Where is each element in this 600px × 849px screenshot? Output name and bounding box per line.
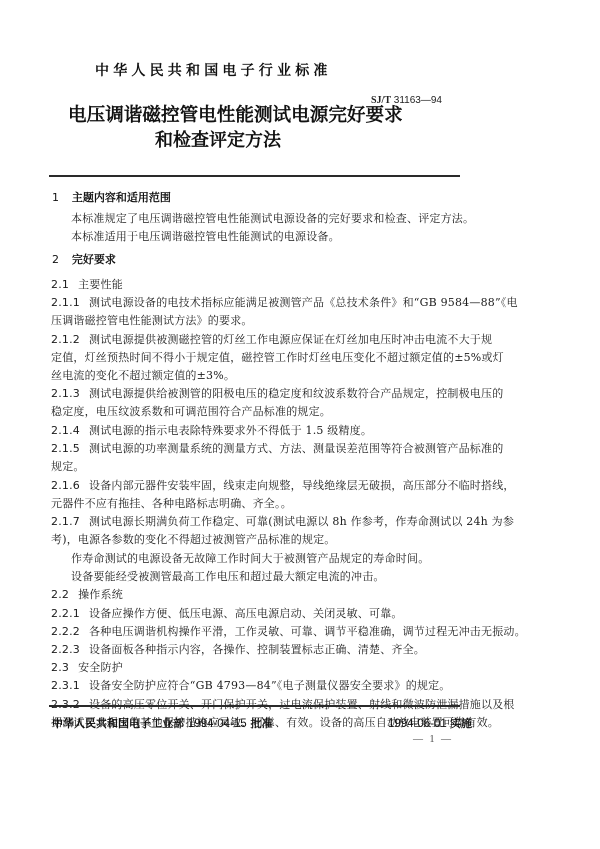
section-1-heading: 1 主题内容和适用范围 — [52, 189, 171, 205]
clause-2-2-2: 2.2.2各种电压调谐机构操作平滑，工作灵敏、可靠、调节平稳准确，调节过程无冲击… — [51, 623, 526, 639]
clause-2-1-2-cont-1: 定值，灯丝预热时间不得小于规定值，磁控管工作时灯丝电压变化不超过额定值的±5%或… — [51, 349, 504, 365]
issuing-body-header: 中华人民共和国电子行业标准 — [95, 60, 332, 80]
page-number: — 1 — — [413, 734, 453, 745]
document-title-line1: 电压调谐磁控管电性能测试电源完好要求 — [68, 101, 403, 127]
implementation-date: 1994-06-01 — [388, 718, 447, 730]
clause-2-1-3-cont: 稳定度，电压纹波系数和可调范围符合产品标准的规定。 — [51, 403, 331, 419]
clause-2-1-7-cont: 考)，电源各参数的变化不得超过被测管产品标准的规定。 — [51, 531, 336, 547]
clause-2-1-1-cont: 压调谐磁控管电性能测试方法》的要求。 — [51, 312, 253, 328]
clause-2-2-3: 2.2.3设备面板各种指示内容，各操作、控制装置标志正确、清楚、齐全。 — [51, 641, 425, 657]
clause-2-1-5-cont: 规定。 — [51, 458, 85, 474]
clause-2-1-6: 2.1.6设备内部元器件安装牢固，线束走向规整，导线绝缘层无破损，高压部分不临时… — [51, 477, 515, 493]
subsection-2-2-heading: 2.2操作系统 — [51, 586, 123, 602]
clause-2-1-2-cont-2: 丝电流的变化不超过额定值的±3%。 — [51, 367, 235, 383]
clause-2-3-1: 2.3.1设备安全防护应符合“GB 4793—84”《电子测量仪器安全要求》的规… — [51, 677, 451, 693]
subsection-2-3-heading: 2.3安全防护 — [51, 659, 123, 675]
section-2-title: 完好要求 — [72, 253, 116, 266]
clause-2-1-5: 2.1.5测试电源的功率测量系统的测量方式、方法、测量误差范围等符合被测管产品标… — [51, 440, 503, 456]
approval-label: 批准 — [251, 717, 273, 730]
clause-2-3-2: 2.3.2设备的高压零位开关、开门保护开关，过电流保护装置、射线和微波防泄漏措施… — [51, 696, 515, 712]
clause-2-1-7: 2.1.7测试电源长期满负荷工作稳定、可靠(测试电源以 8h 作参考，作寿命测试… — [51, 513, 514, 529]
clause-2-1-7-paragraph-2: 设备要能经受被测管最高工作电压和超过最大额定电流的冲击。 — [71, 568, 385, 584]
implementation-label: 实施 — [450, 717, 472, 730]
clause-2-1-2: 2.1.2测试电源提供被测磁控管的灯丝工作电源应保证在灯丝加电压时冲击电流不大于… — [51, 331, 492, 347]
approval-line: 中华人民共和国电子工业部 1994-04-15 批准 — [52, 715, 273, 731]
section-1-title: 主题内容和适用范围 — [72, 191, 171, 204]
approval-date: 1994-04-15 — [188, 718, 247, 730]
document-title-line2: 和检查评定方法 — [155, 126, 281, 152]
clause-2-1-1: 2.1.1测试电源设备的电技术指标应能满足被测管产品《总技术条件》和“GB 95… — [51, 294, 518, 310]
section-1-paragraph-1: 本标准规定了电压调谐磁控管电性能测试电源设备的完好要求和检查、评定方法。 — [71, 210, 474, 226]
clause-2-1-4: 2.1.4测试电源的指示电表除特殊要求外不得低于 1.5 级精度。 — [51, 422, 372, 438]
clause-2-1-6-cont: 元器件不应有拖挂、各种电路标志明确、齐全。。 — [51, 495, 292, 511]
clause-2-1-7-paragraph-1: 作寿命测试的电源设备无故障工作时间大于被测管产品规定的寿命时间。 — [71, 550, 429, 566]
footer-divider — [49, 705, 460, 707]
clause-2-1-3: 2.1.3测试电源提供给被测管的阳极电压的稳定度和纹波系数符合产品规定，控制极电… — [51, 385, 503, 401]
section-1-paragraph-2: 本标准适用于电压调谐磁控管电性能测试的电源设备。 — [71, 228, 340, 244]
subsection-2-1-heading: 2.1主要性能 — [51, 276, 123, 292]
clause-2-2-1: 2.2.1设备应操作方便、低压电源、高压电源启动、关闭灵敏、可靠。 — [51, 605, 403, 621]
header-divider — [49, 175, 460, 177]
approval-org: 中华人民共和国电子工业部 — [52, 717, 184, 730]
implementation-line: 1994-06-01 实施 — [388, 715, 472, 731]
section-2-heading: 2 完好要求 — [52, 251, 116, 267]
